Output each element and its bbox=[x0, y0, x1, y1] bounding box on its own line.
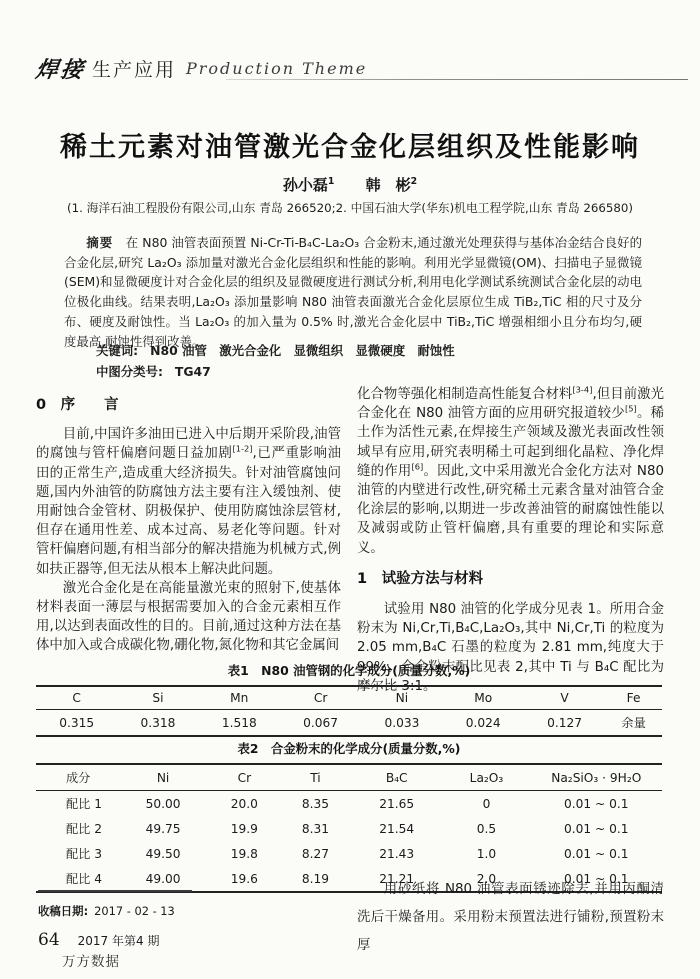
table-col-header: La₂O₃ bbox=[442, 764, 530, 791]
table-row: 配比 349.5019.88.2721.431.00.01 ~ 0.1 bbox=[36, 841, 662, 866]
author-2-affiliation-mark: 2 bbox=[411, 176, 417, 187]
table-cell: 0.033 bbox=[361, 710, 442, 737]
page-footer: 642017 年第4 期 bbox=[38, 930, 159, 950]
wanfang-watermark: 万方数据 bbox=[62, 950, 120, 970]
table-cell: 0.5 bbox=[442, 816, 530, 841]
table-cell: 0.127 bbox=[524, 710, 605, 737]
author-2-name: 韩 彬 bbox=[366, 176, 411, 194]
table-col-header: Na₂SiO₃ · 9H₂O bbox=[531, 764, 662, 791]
table-cell: 0.315 bbox=[36, 710, 117, 737]
table-1: CSiMnCrNiMoVFe0.3150.3181.5180.0670.0330… bbox=[36, 685, 662, 737]
table-cell: 49.75 bbox=[117, 816, 208, 841]
table-cell: 19.9 bbox=[209, 816, 280, 841]
section-0-heading: 0 序 言 bbox=[36, 396, 341, 415]
table-col-header: Ti bbox=[280, 764, 351, 791]
table-col-header: V bbox=[524, 686, 605, 710]
table-cell: 19.8 bbox=[209, 841, 280, 866]
table-2-block: 表2 合金粉末的化学成分(质量分数,%) 成分NiCrTiB₄CLa₂O₃Na₂… bbox=[36, 739, 662, 893]
table-col-header: Ni bbox=[117, 764, 208, 791]
affiliations: (1. 海洋石油工程股份有限公司,山东 青岛 266520;2. 中国石油大学(… bbox=[0, 199, 700, 216]
table-cell: 20.0 bbox=[209, 791, 280, 817]
received-date-line: 收稿日期:2017 - 02 - 13 bbox=[38, 903, 175, 919]
masthead-rule bbox=[226, 79, 688, 80]
journal-masthead: 焊接 生产应用 Production Theme bbox=[36, 52, 688, 86]
table-col-header: Si bbox=[117, 686, 198, 710]
table-row: 配比 249.7519.98.3121.540.50.01 ~ 0.1 bbox=[36, 816, 662, 841]
table-cell: 配比 3 bbox=[36, 841, 117, 866]
keywords-list: N80 油管 激光合金化 显微组织 显微硬度 耐蚀性 bbox=[150, 343, 455, 358]
table-1-caption: 表1 N80 油管钢的化学成分(质量分数,%) bbox=[36, 661, 662, 679]
table-cell: 49.00 bbox=[117, 866, 208, 892]
article-title: 稀土元素对油管激光合金化层组织及性能影响 bbox=[0, 125, 700, 164]
table-2-caption: 表2 合金粉末的化学成分(质量分数,%) bbox=[36, 739, 662, 757]
table-cell: 配比 2 bbox=[36, 816, 117, 841]
table-cell: 8.35 bbox=[280, 791, 351, 817]
table-col-header: C bbox=[36, 686, 117, 710]
footnote-rule bbox=[38, 890, 192, 892]
table-cell: 1.518 bbox=[199, 710, 280, 737]
table-cell: 0.01 ~ 0.1 bbox=[531, 816, 662, 841]
table-cell: 50.00 bbox=[117, 791, 208, 817]
table-col-header: Cr bbox=[209, 764, 280, 791]
table-row: 配比 150.0020.08.3521.6500.01 ~ 0.1 bbox=[36, 791, 662, 817]
table-cell: 0 bbox=[442, 791, 530, 817]
table-col-header: Ni bbox=[361, 686, 442, 710]
table-cell: 0.067 bbox=[280, 710, 361, 737]
table-col-header: Fe bbox=[605, 686, 662, 710]
issue-info: 2017 年第4 期 bbox=[78, 934, 160, 948]
table-2: 成分NiCrTiB₄CLa₂O₃Na₂SiO₃ · 9H₂O配比 150.002… bbox=[36, 763, 662, 893]
keywords-label: 关键词: bbox=[96, 343, 138, 358]
author-1: 孙小磊1 bbox=[283, 176, 335, 194]
keywords-line: 关键词:N80 油管 激光合金化 显微组织 显微硬度 耐蚀性 bbox=[96, 341, 455, 359]
table-cell: 49.50 bbox=[117, 841, 208, 866]
column-name: 生产应用 bbox=[92, 55, 176, 82]
table-col-header: 成分 bbox=[36, 764, 117, 791]
received-date-label: 收稿日期: bbox=[38, 904, 88, 918]
authors-line: 孙小磊1 韩 彬2 bbox=[0, 174, 700, 195]
table-cell: 21.43 bbox=[351, 841, 442, 866]
page-number: 64 bbox=[38, 930, 60, 950]
table-cell: 余量 bbox=[605, 710, 662, 737]
left-column: 0 序 言 目前,中国许多油田已进入中后期开采阶段,油管的腐蚀与管杆偏磨问题日益… bbox=[36, 396, 341, 656]
clc-label: 中图分类号: bbox=[96, 364, 163, 379]
received-date-value: 2017 - 02 - 13 bbox=[94, 904, 175, 918]
methods-paragraph-2: 用砂纸将 N80 油管表面锈迹除去,并用丙酮清洗后干燥备用。采用粉末预置法进行铺… bbox=[357, 876, 664, 960]
continued-paragraph: 化合物等强化相制造高性能复合材料[3-4],但目前激光合金化在 N80 油管方面… bbox=[357, 385, 664, 558]
table-cell: 0.318 bbox=[117, 710, 198, 737]
table-cell: 8.19 bbox=[280, 866, 351, 892]
table-col-header: Mo bbox=[443, 686, 524, 710]
table-cell: 0.01 ~ 0.1 bbox=[531, 841, 662, 866]
table-cell: 配比 1 bbox=[36, 791, 117, 817]
section-1-heading: 1 试验方法与材料 bbox=[357, 570, 664, 589]
abstract: 摘要 在 N80 油管表面预置 Ni-Cr-Ti-B₄C-La₂O₃ 合金粉末,… bbox=[64, 233, 642, 351]
table-col-header: Cr bbox=[280, 686, 361, 710]
journal-page: 焊接 生产应用 Production Theme 稀土元素对油管激光合金化层组织… bbox=[0, 0, 700, 979]
table-col-header: B₄C bbox=[351, 764, 442, 791]
table-cell: 配比 4 bbox=[36, 866, 117, 892]
table-cell: 21.65 bbox=[351, 791, 442, 817]
table-cell: 19.6 bbox=[209, 866, 280, 892]
clc-value: TG47 bbox=[175, 364, 211, 379]
table-header-row: 成分NiCrTiB₄CLa₂O₃Na₂SiO₃ · 9H₂O bbox=[36, 764, 662, 791]
clc-line: 中图分类号:TG47 bbox=[96, 362, 211, 380]
table-cell: 8.31 bbox=[280, 816, 351, 841]
table-cell: 0.01 ~ 0.1 bbox=[531, 791, 662, 817]
author-2: 韩 彬2 bbox=[366, 176, 418, 194]
intro-paragraph-2: 激光合金化是在高能量激光束的照射下,使基体材料表面一薄层与根据需要加入的合金元素… bbox=[36, 579, 341, 656]
table-1-block: 表1 N80 油管钢的化学成分(质量分数,%) CSiMnCrNiMoVFe0.… bbox=[36, 661, 662, 737]
table-header-row: CSiMnCrNiMoVFe bbox=[36, 686, 662, 710]
table-row: 0.3150.3181.5180.0670.0330.0240.127余量 bbox=[36, 710, 662, 737]
author-1-affiliation-mark: 1 bbox=[328, 176, 334, 187]
table-cell: 21.54 bbox=[351, 816, 442, 841]
table-cell: 1.0 bbox=[442, 841, 530, 866]
right-column: 化合物等强化相制造高性能复合材料[3-4],但目前激光合金化在 N80 油管方面… bbox=[357, 385, 664, 696]
author-1-name: 孙小磊 bbox=[283, 176, 328, 194]
table-cell: 8.27 bbox=[280, 841, 351, 866]
journal-logo: 焊接 bbox=[34, 53, 88, 84]
column-name-english: Production Theme bbox=[186, 59, 367, 78]
table-col-header: Mn bbox=[199, 686, 280, 710]
intro-paragraph-1: 目前,中国许多油田已进入中后期开采阶段,油管的腐蚀与管杆偏磨问题日益加剧[1-2… bbox=[36, 425, 341, 579]
table-cell: 0.024 bbox=[443, 710, 524, 737]
